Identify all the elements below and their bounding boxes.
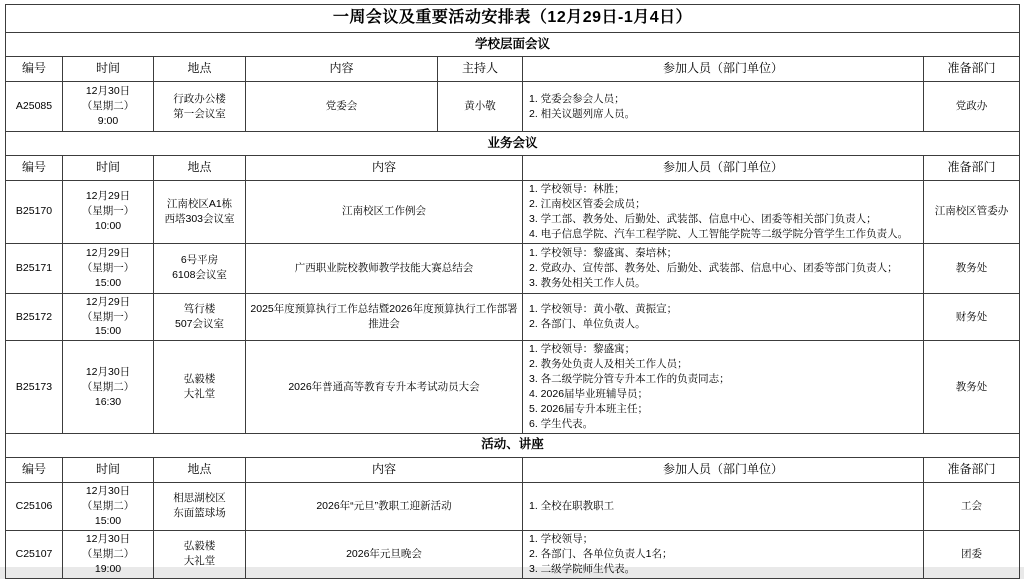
cell-time: 12月30日 （星期二） 9:00 xyxy=(63,82,154,132)
cell-place: 弘毅楼 大礼堂 xyxy=(154,530,246,578)
cell-prep: 团委 xyxy=(924,530,1020,578)
cell-prep: 财务处 xyxy=(924,293,1020,341)
col-header-participants: 参加人员（部门单位） xyxy=(523,156,924,181)
cell-id: C25107 xyxy=(6,530,63,578)
col-header-prep: 准备部门 xyxy=(924,457,1020,482)
cell-content: 2026年“元旦”教职工迎新活动 xyxy=(246,482,523,530)
col-header-time: 时间 xyxy=(63,156,154,181)
col-header-prep: 准备部门 xyxy=(924,57,1020,82)
schedule-row: B25171 12月29日 （星期一） 15:00 6号平房 6108会议室 广… xyxy=(6,243,1020,293)
schedule-row: B25170 12月29日 （星期一） 10:00 江南校区A1栋 西塔303会… xyxy=(6,181,1020,244)
section-title-business: 业务会议 xyxy=(6,132,1020,156)
cell-content: 江南校区工作例会 xyxy=(246,181,523,244)
cell-participants: 1. 学校领导：林胜； 2. 江南校区管委会成员； 3. 学工部、教务处、后勤处… xyxy=(523,181,924,244)
cell-time: 12月29日 （星期一） 10:00 xyxy=(63,181,154,244)
page-title: 一周会议及重要活动安排表（12月29日-1月4日） xyxy=(6,5,1020,33)
cell-place: 笃行楼 507会议室 xyxy=(154,293,246,341)
cell-id: B25170 xyxy=(6,181,63,244)
cell-id: A25085 xyxy=(6,82,63,132)
cell-place: 行政办公楼 第一会议室 xyxy=(154,82,246,132)
schedule-row: C25107 12月30日 （星期二） 19:00 弘毅楼 大礼堂 2026年元… xyxy=(6,530,1020,578)
cell-place: 江南校区A1栋 西塔303会议室 xyxy=(154,181,246,244)
cell-id: B25172 xyxy=(6,293,63,341)
col-header-content: 内容 xyxy=(246,156,523,181)
cell-time: 12月29日 （星期一） 15:00 xyxy=(63,243,154,293)
cell-place: 弘毅楼 大礼堂 xyxy=(154,341,246,433)
col-header-place: 地点 xyxy=(154,57,246,82)
cell-participants: 1. 学校领导； 2. 各部门、各单位负责人1名； 3. 二级学院师生代表。 xyxy=(523,530,924,578)
cell-content: 2026年普通高等教育专升本考试动员大会 xyxy=(246,341,523,433)
col-header-content: 内容 xyxy=(246,57,438,82)
cell-participants: 1. 学校领导：黎盛寓； 2. 教务处负责人及相关工作人员； 3. 各二级学院分… xyxy=(523,341,924,433)
cell-content: 2026年元旦晚会 xyxy=(246,530,523,578)
col-header-place: 地点 xyxy=(154,156,246,181)
schedule-row: A25085 12月30日 （星期二） 9:00 行政办公楼 第一会议室 党委会… xyxy=(6,82,1020,132)
cell-participants: 1. 学校领导：黄小敬、黄振宣； 2. 各部门、单位负责人。 xyxy=(523,293,924,341)
cell-prep: 党政办 xyxy=(924,82,1020,132)
col-header-host: 主持人 xyxy=(438,57,523,82)
cell-prep: 工会 xyxy=(924,482,1020,530)
cell-time: 12月29日 （星期一） 15:00 xyxy=(63,293,154,341)
cell-id: B25173 xyxy=(6,341,63,433)
cell-id: B25171 xyxy=(6,243,63,293)
section-title-activities: 活动、讲座 xyxy=(6,433,1020,457)
cell-participants: 1. 学校领导：黎盛寓、秦培林； 2. 党政办、宣传部、教务处、后勤处、武装部、… xyxy=(523,243,924,293)
col-header-id: 编号 xyxy=(6,57,63,82)
cell-prep: 教务处 xyxy=(924,243,1020,293)
cell-time: 12月30日 （星期二） 19:00 xyxy=(63,530,154,578)
cell-place: 相思湖校区 东面篮球场 xyxy=(154,482,246,530)
cell-content: 2025年度预算执行工作总结暨2026年度预算执行工作部署推进会 xyxy=(246,293,523,341)
col-header-place: 地点 xyxy=(154,457,246,482)
cell-place: 6号平房 6108会议室 xyxy=(154,243,246,293)
col-header-time: 时间 xyxy=(63,57,154,82)
cell-id: C25106 xyxy=(6,482,63,530)
cell-content: 广西职业院校教师教学技能大赛总结会 xyxy=(246,243,523,293)
col-header-id: 编号 xyxy=(6,457,63,482)
section-title-school-level: 学校层面会议 xyxy=(6,33,1020,57)
cell-participants: 1. 党委会参会人员； 2. 相关议题列席人员。 xyxy=(523,82,924,132)
col-header-participants: 参加人员（部门单位） xyxy=(523,57,924,82)
cell-host: 黄小敬 xyxy=(438,82,523,132)
col-header-prep: 准备部门 xyxy=(924,156,1020,181)
cell-time: 12月30日 （星期二） 15:00 xyxy=(63,482,154,530)
cell-prep: 江南校区管委办 xyxy=(924,181,1020,244)
schedule-page: 一周会议及重要活动安排表（12月29日-1月4日） 学校层面会议 编号 时间 地… xyxy=(0,0,1024,567)
schedule-row: B25173 12月30日 （星期二） 16:30 弘毅楼 大礼堂 2026年普… xyxy=(6,341,1020,433)
cell-content: 党委会 xyxy=(246,82,438,132)
cell-time: 12月30日 （星期二） 16:30 xyxy=(63,341,154,433)
schedule-row: B25172 12月29日 （星期一） 15:00 笃行楼 507会议室 202… xyxy=(6,293,1020,341)
cell-prep: 教务处 xyxy=(924,341,1020,433)
col-header-id: 编号 xyxy=(6,156,63,181)
schedule-row: C25106 12月30日 （星期二） 15:00 相思湖校区 东面篮球场 20… xyxy=(6,482,1020,530)
col-header-participants: 参加人员（部门单位） xyxy=(523,457,924,482)
schedule-table: 一周会议及重要活动安排表（12月29日-1月4日） 学校层面会议 编号 时间 地… xyxy=(5,4,1020,579)
col-header-content: 内容 xyxy=(246,457,523,482)
col-header-time: 时间 xyxy=(63,457,154,482)
cell-participants: 1. 全校在职教职工 xyxy=(523,482,924,530)
